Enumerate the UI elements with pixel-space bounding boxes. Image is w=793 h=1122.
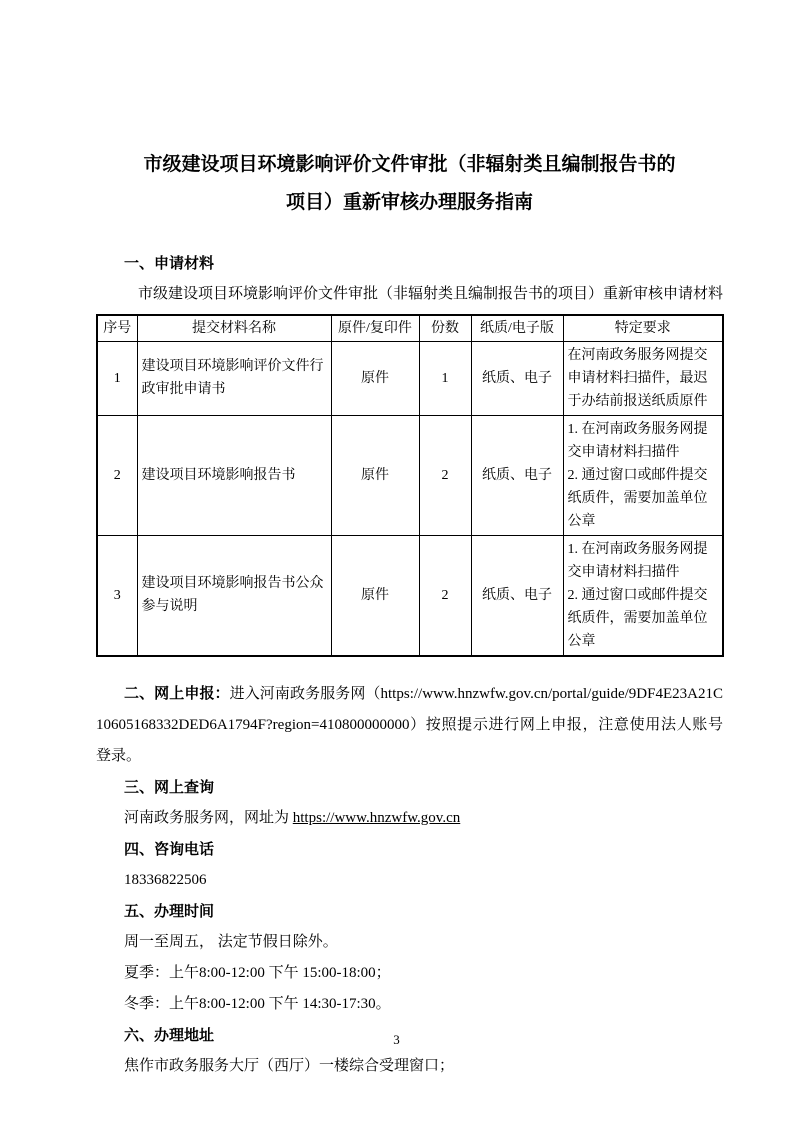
header-requirements: 特定要求 xyxy=(563,315,723,341)
document-title-line1: 市级建设项目环境影响评价文件审批（非辐射类且编制报告书的 xyxy=(96,146,723,184)
original-copy-cell: 原件 xyxy=(331,535,419,656)
requirements-cell: 在河南政务服务网提交申请材料扫描件，最迟于办结前报送纸质原件 xyxy=(563,341,723,415)
original-copy-cell: 原件 xyxy=(331,415,419,535)
document-title-line2: 项目）重新审核办理服务指南 xyxy=(96,184,723,222)
material-name-cell: 建设项目环境影响报告书公众参与说明 xyxy=(137,535,331,656)
row-number-cell: 2 xyxy=(97,415,137,535)
format-cell: 纸质、电子 xyxy=(471,415,563,535)
table-row: 3 建设项目环境影响报告书公众参与说明 原件 2 纸质、电子 1. 在河南政务服… xyxy=(97,535,723,656)
office-hours-summer: 夏季：上午8:00-12:00 下午 15:00-18:00； xyxy=(96,958,723,989)
header-no: 序号 xyxy=(97,315,137,341)
office-hours-winter: 冬季：上午8:00-12:00 下午 14:30-17:30。 xyxy=(96,989,723,1020)
office-address: 焦作市政务服务大厅（西厅）一楼综合受理窗口； xyxy=(96,1051,723,1082)
format-cell: 纸质、电子 xyxy=(471,341,563,415)
header-original-copy: 原件/复印件 xyxy=(331,315,419,341)
header-format: 纸质/电子版 xyxy=(471,315,563,341)
requirements-cell: 1. 在河南政务服务网提交申请材料扫描件 2. 通过窗口或邮件提交纸质件，需要加… xyxy=(563,535,723,656)
row-number-cell: 3 xyxy=(97,535,137,656)
section-3-heading: 三、网上查询 xyxy=(96,772,723,803)
office-hours-weekdays: 周一至周五， 法定节假日除外。 xyxy=(96,927,723,958)
page-number: 3 xyxy=(0,1030,793,1050)
table-row: 1 建设项目环境影响评价文件行政审批申请书 原件 1 纸质、电子 在河南政务服务… xyxy=(97,341,723,415)
section-5-heading: 五、办理时间 xyxy=(96,896,723,927)
section-3-paragraph: 河南政务服务网，网址为 https://www.hnzwfw.gov.cn xyxy=(96,803,723,834)
header-material-name: 提交材料名称 xyxy=(137,315,331,341)
table-header-row: 序号 提交材料名称 原件/复印件 份数 纸质/电子版 特定要求 xyxy=(97,315,723,341)
hnzwfw-link[interactable]: https://www.hnzwfw.gov.cn xyxy=(293,810,460,826)
row-number-cell: 1 xyxy=(97,341,137,415)
copies-cell: 2 xyxy=(419,535,471,656)
format-cell: 纸质、电子 xyxy=(471,535,563,656)
document-title: 市级建设项目环境影响评价文件审批（非辐射类且编制报告书的 项目）重新审核办理服务… xyxy=(96,146,723,222)
copies-cell: 1 xyxy=(419,341,471,415)
materials-table: 序号 提交材料名称 原件/复印件 份数 纸质/电子版 特定要求 1 建设项目环境… xyxy=(96,314,724,657)
document-content: 市级建设项目环境影响评价文件审批（非辐射类且编制报告书的 项目）重新审核办理服务… xyxy=(96,0,723,1082)
section-2-paragraph: 二、网上申报：进入河南政务服务网（https://www.hnzwfw.gov.… xyxy=(96,678,723,772)
section-1-heading: 一、申请材料 xyxy=(96,248,723,279)
requirements-cell: 1. 在河南政务服务网提交申请材料扫描件 2. 通过窗口或邮件提交纸质件，需要加… xyxy=(563,415,723,535)
materials-intro: 市级建设项目环境影响评价文件审批（非辐射类且编制报告书的项目）重新审核申请材料 xyxy=(96,279,723,310)
section-2-heading: 二、网上申报： xyxy=(124,685,230,702)
document-page: 市级建设项目环境影响评价文件审批（非辐射类且编制报告书的 项目）重新审核办理服务… xyxy=(0,0,793,1122)
table-row: 2 建设项目环境影响报告书 原件 2 纸质、电子 1. 在河南政务服务网提交申请… xyxy=(97,415,723,535)
section-4-heading: 四、咨询电话 xyxy=(96,834,723,865)
material-name-cell: 建设项目环境影响评价文件行政审批申请书 xyxy=(137,341,331,415)
material-name-cell: 建设项目环境影响报告书 xyxy=(137,415,331,535)
original-copy-cell: 原件 xyxy=(331,341,419,415)
header-copies: 份数 xyxy=(419,315,471,341)
section-3-body-prefix: 河南政务服务网，网址为 xyxy=(124,810,293,826)
copies-cell: 2 xyxy=(419,415,471,535)
phone-number: 18336822506 xyxy=(96,865,723,896)
